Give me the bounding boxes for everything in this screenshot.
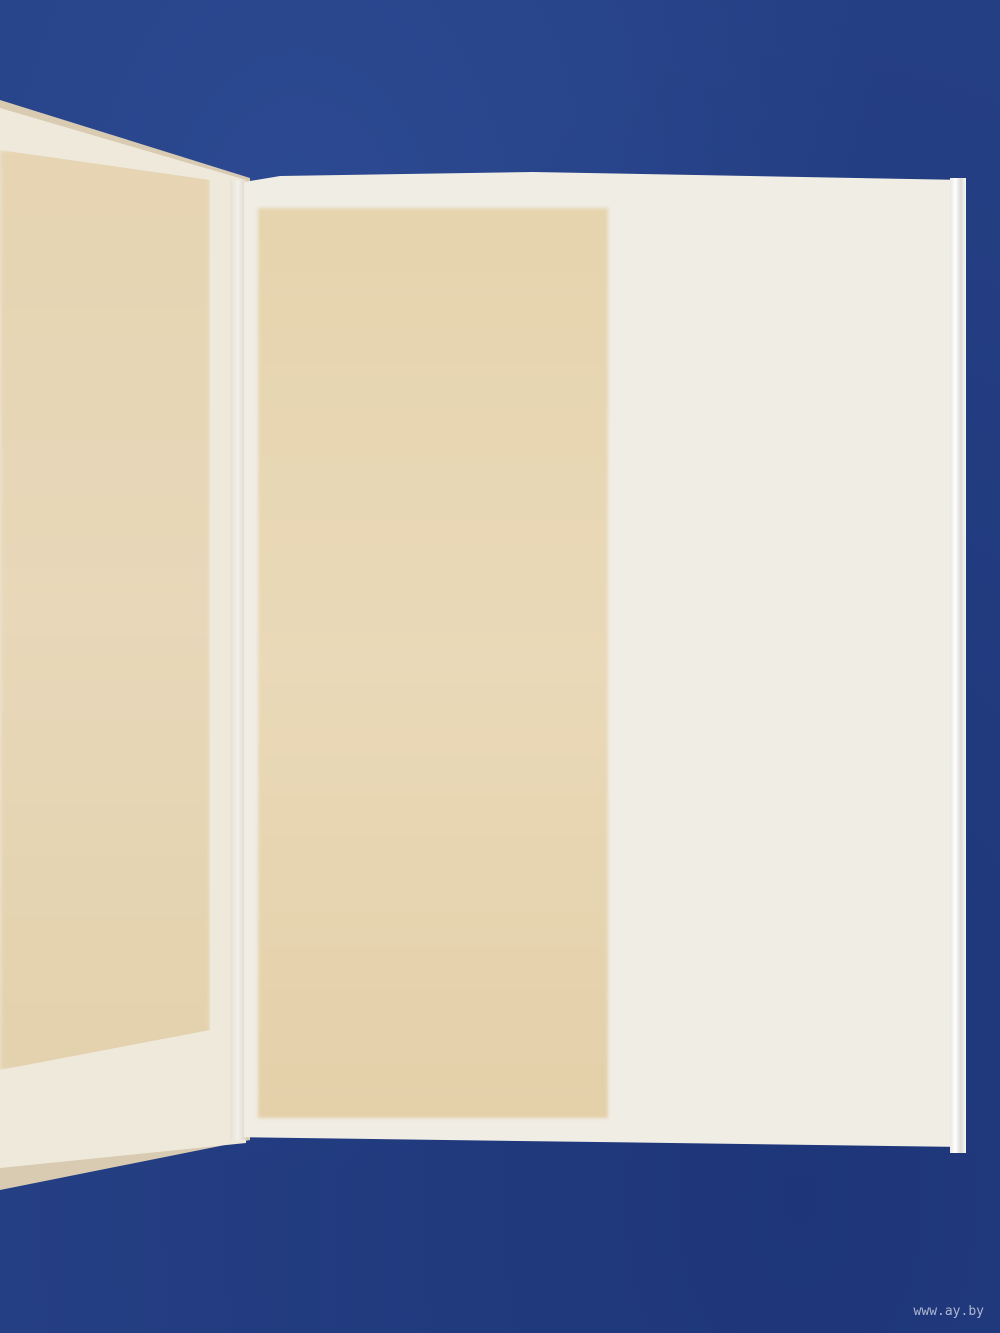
watermark: www.ay.by — [914, 1304, 984, 1319]
photo-scene: www.ay.by — [0, 0, 1000, 1333]
right-page-stain — [258, 208, 608, 1118]
page-block-edge — [950, 178, 966, 1153]
left-page-stain — [0, 150, 210, 1070]
book-gutter — [230, 180, 246, 1140]
